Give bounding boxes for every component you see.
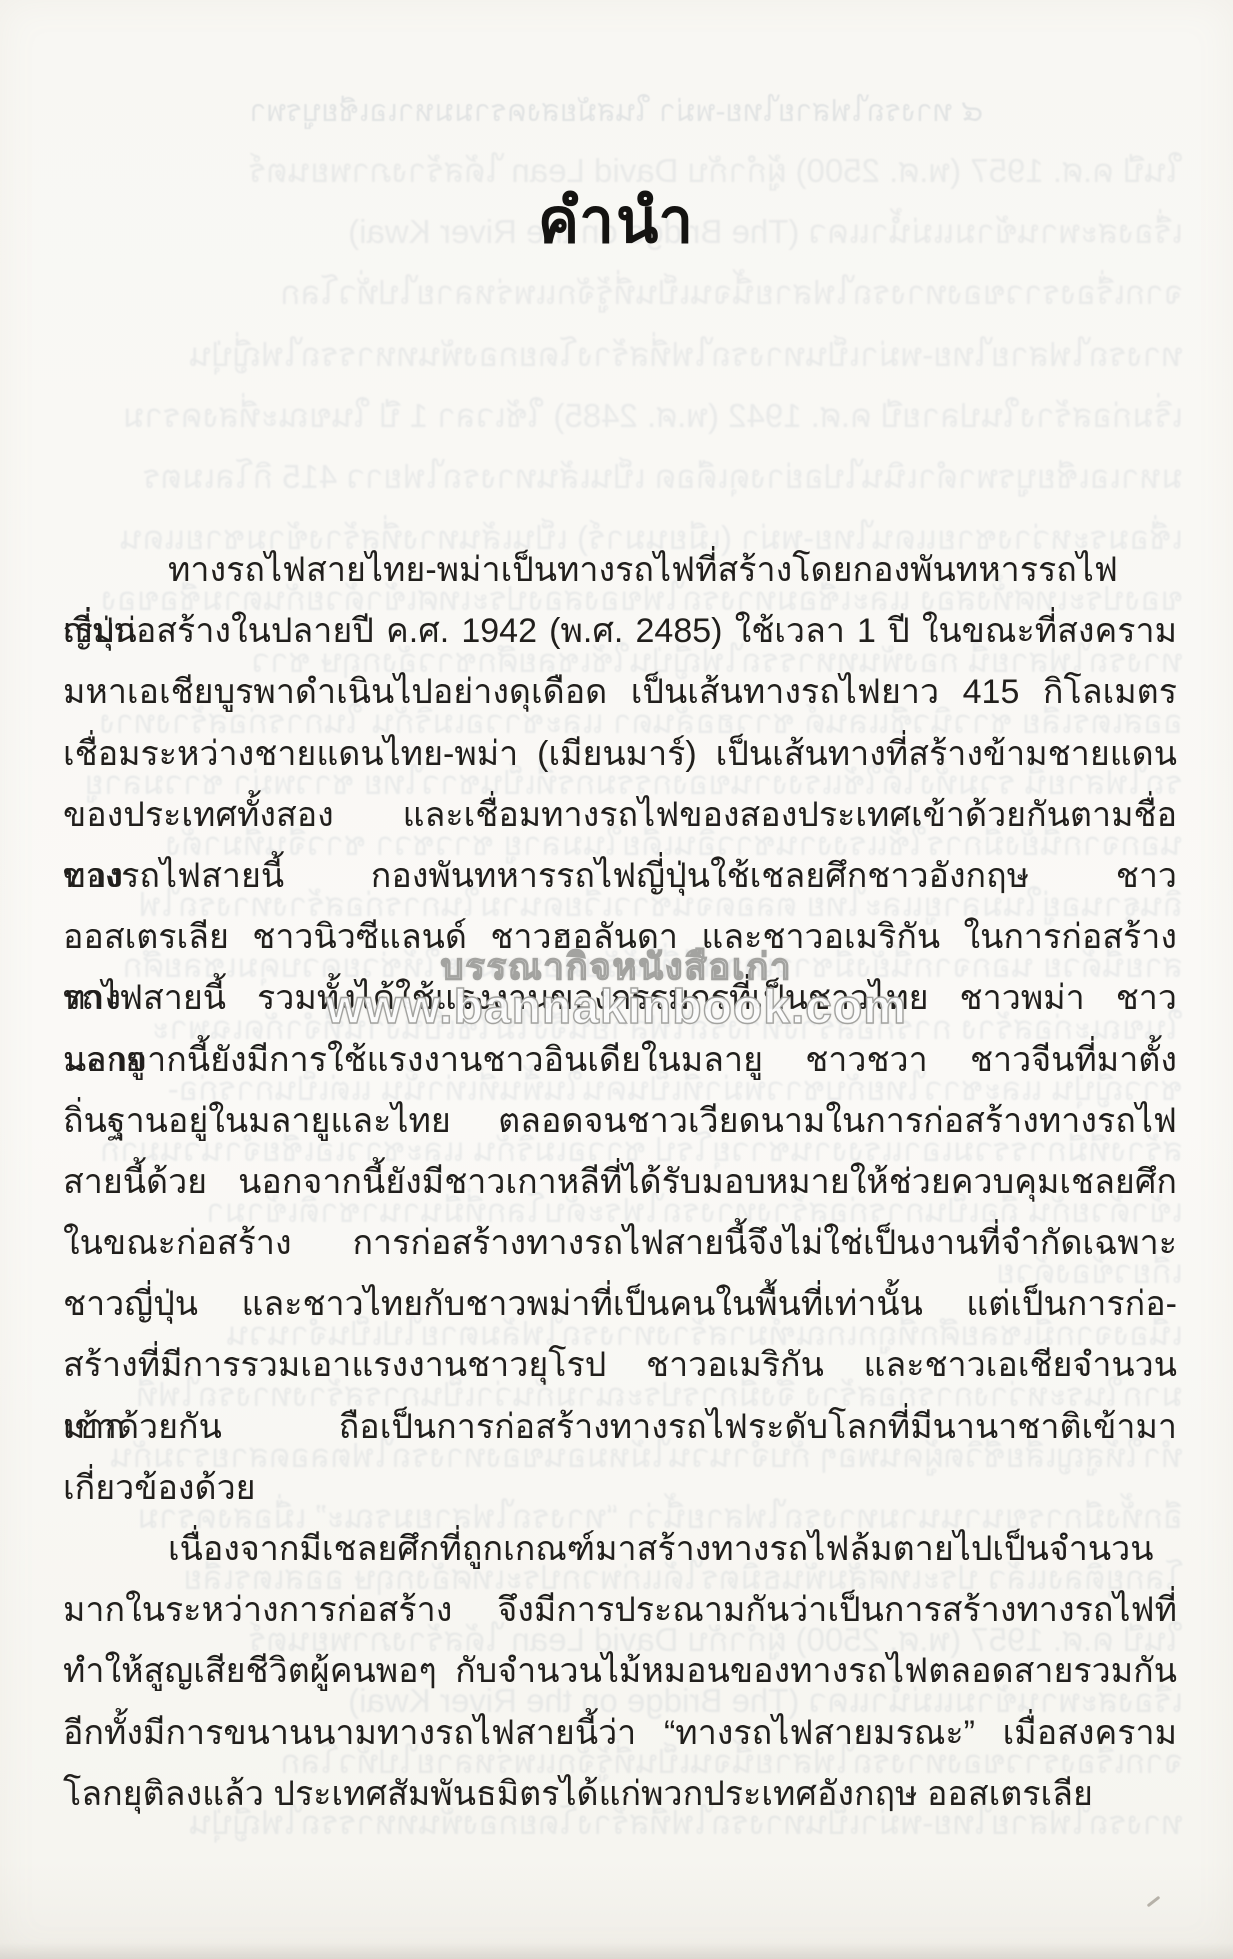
text-line: ทางรถไฟสายนี้ กองพันทหารรถไฟญี่ปุ่นใช้เช… [63, 846, 1177, 907]
text-line: ออสเตรเลีย ชาวนิวซีแลนด์ ชาวฮอลันดา และช… [63, 907, 1177, 968]
text-line: เชื่อมระหว่างชายแดนไทย-พม่า (เมียนมาร์) … [63, 724, 1177, 785]
text-line: มหาเอเชียบูรพาดำเนินไปอย่างดุเดือด เป็นเ… [63, 662, 1177, 723]
page-bottom-edge [0, 1943, 1233, 1959]
ghost-line: เริ่มก่อสร้างในปลายปี ค.ศ. 1942 (พ.ศ. 24… [55, 385, 1183, 446]
scanned-page: ๔ ทางรถไฟสายไทย-พม่า ในสมัยสงครามมหาเอเช… [0, 0, 1233, 1959]
text-line: สายนี้ด้วย นอกจากนี้ยังมีชาวเกาหลีที่ได้… [63, 1152, 1177, 1213]
text-line: นอกจากนี้ยังมีการใช้แรงงานชาวอินเดียในมล… [63, 1030, 1177, 1091]
text-line: ถิ่นฐานอยู่ในมลายูและไทย ตลอดจนชาวเวียดน… [63, 1091, 1177, 1152]
text-line: มากในระหว่างการก่อสร้าง จึงมีการประณามกั… [63, 1580, 1177, 1641]
text-line: เนื่องจากมีเชลยศึกที่ถูกเกณฑ์มาสร้างทางร… [63, 1519, 1177, 1580]
ghost-line: มหาเอเชียบูรพาดำเนินไปอย่างดุเดือด เป็นเ… [55, 446, 1183, 507]
text-line: เกี่ยวข้องด้วย [63, 1458, 1177, 1519]
ghost-line: จากเรื่องราวของทางรถไฟสายนี้จนเป็นที่รู้… [55, 262, 1183, 323]
text-line: สร้างที่มีการรวมเอาแรงงานชาวยุโรป ชาวอเม… [63, 1335, 1177, 1396]
text-line: เข้าด้วยกัน ถือเป็นการก่อสร้างทางรถไฟระด… [63, 1397, 1177, 1458]
text-line: อีกทั้งมีการขนานนามทางรถไฟสายนี้ว่า “ทาง… [63, 1703, 1177, 1764]
ghost-line: ทางรถไฟสายไทย-พม่าเป็นทางรถไฟที่สร้างโดย… [55, 324, 1183, 385]
page-title: คำนำ [0, 172, 1233, 270]
text-line: รถไฟสายนี้ รวมทั้งได้ใช้แรงงานของกรรมกรท… [63, 968, 1177, 1029]
text-line: ของประเทศทั้งสอง และเชื่อมทางรถไฟของสองป… [63, 785, 1177, 846]
body-text: ทางรถไฟสายไทย-พม่าเป็นทางรถไฟที่สร้างโดย… [63, 540, 1177, 1825]
text-line: ทำให้สูญเสียชีวิตผู้คนพอๆ กับจำนวนไม้หมอ… [63, 1641, 1177, 1702]
showthrough-running-head: ๔ ทางรถไฟสายไทย-พม่า ในสมัยสงครามมหาเอเช… [0, 88, 1233, 135]
text-line: ชาวญี่ปุ่น และชาวไทยกับชาวพม่าที่เป็นคนใ… [63, 1274, 1177, 1335]
text-line: เริ่มก่อสร้างในปลายปี ค.ศ. 1942 (พ.ศ. 24… [63, 601, 1177, 662]
text-line: ในขณะก่อสร้าง การก่อสร้างทางรถไฟสายนี้จึ… [63, 1213, 1177, 1274]
text-line: ทางรถไฟสายไทย-พม่าเป็นทางรถไฟที่สร้างโดย… [63, 540, 1177, 601]
text-line: โลกยุติลงแล้ว ประเทศสัมพันธมิตรได้แก่พวก… [63, 1764, 1177, 1825]
scan-speck [1147, 1896, 1161, 1908]
